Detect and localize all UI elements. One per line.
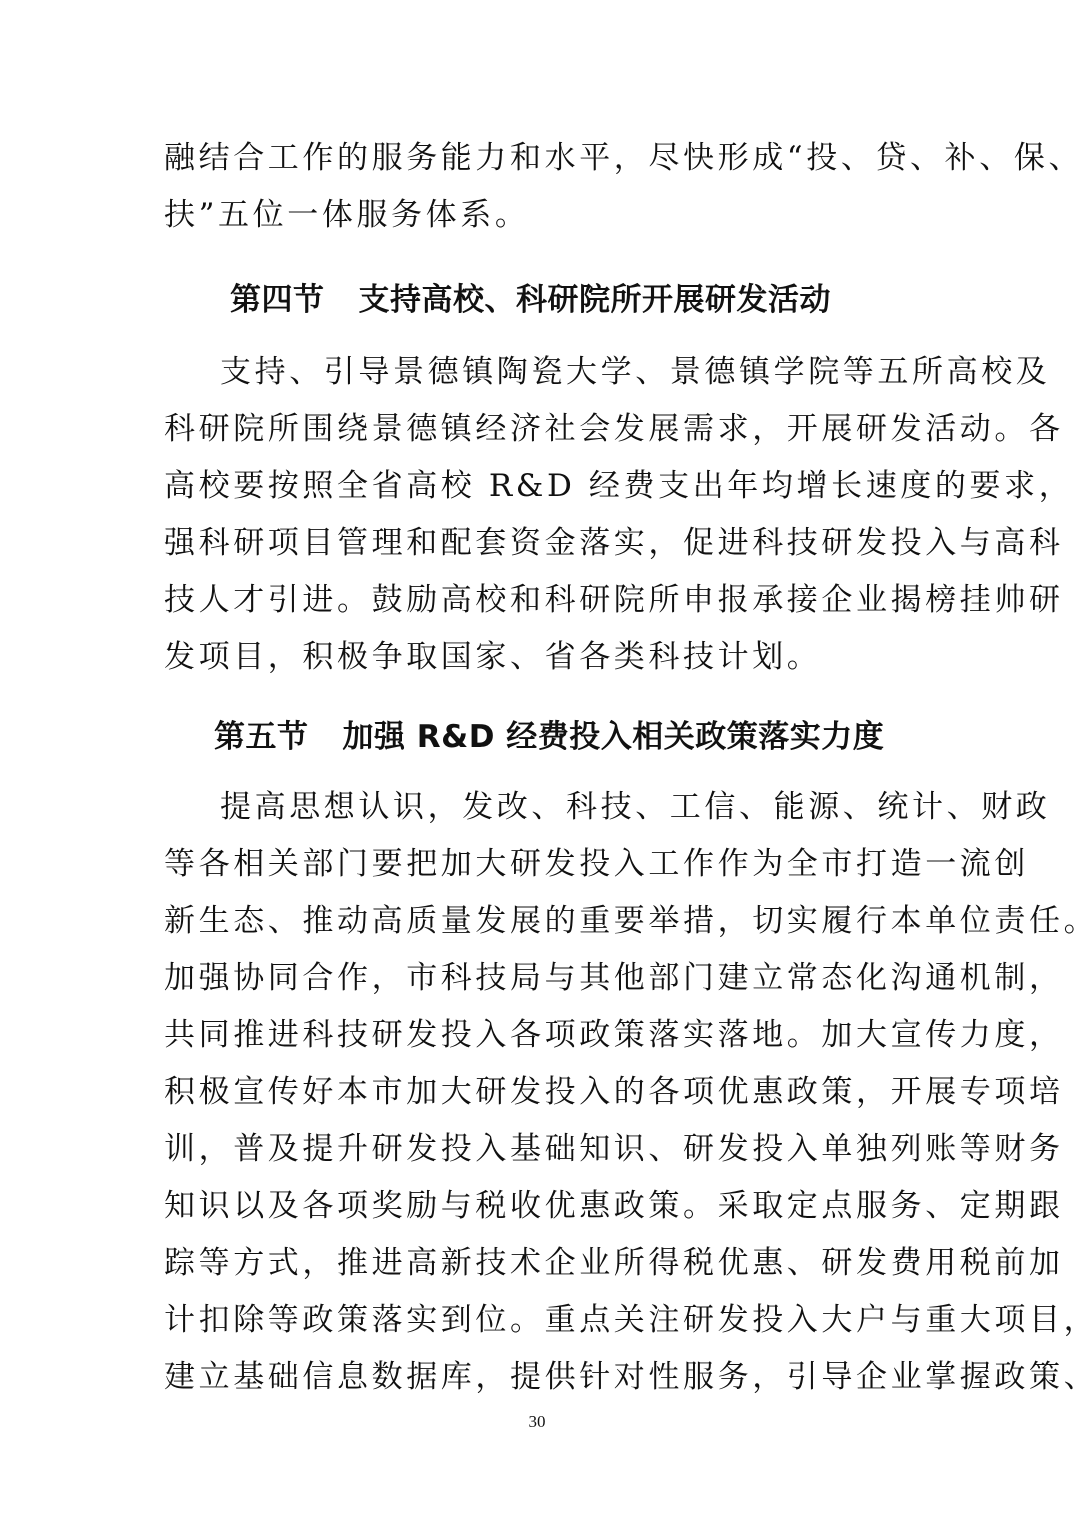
paragraph-line: 等各相关部门要把加大研发投入工作作为全市打造一流创 xyxy=(164,844,914,884)
document-page: 融结合工作的服务能力和水平，尽快形成“投、贷、补、保、 扶”五位一体服务体系。 … xyxy=(0,0,1074,1520)
paragraph-line: 扶”五位一体服务体系。 xyxy=(164,195,914,235)
section-5-number: 第五节 xyxy=(214,717,309,757)
paragraph-line: 共同推进科技研发投入各项政策落实落地。加大宣传力度， xyxy=(164,1015,914,1055)
paragraph-line: 融结合工作的服务能力和水平，尽快形成“投、贷、补、保、 xyxy=(164,138,914,178)
section-4-heading: 第四节支持高校、科研院所开展研发活动 xyxy=(230,280,831,320)
paragraph-line: 训，普及提升研发投入基础知识、研发投入单独列账等财务 xyxy=(164,1129,914,1169)
section-5-title: 加强 R&D 经费投入相关政策落实力度 xyxy=(343,719,885,755)
paragraph-line: 加强协同合作，市科技局与其他部门建立常态化沟通机制， xyxy=(164,958,914,998)
paragraph-line: 发项目，积极争取国家、省各类科技计划。 xyxy=(164,637,914,677)
paragraph-line: 强科研项目管理和配套资金落实，促进科技研发投入与高科 xyxy=(164,523,914,563)
page-number: 30 xyxy=(0,1412,1074,1432)
paragraph-line: 计扣除等政策落实到位。重点关注研发投入大户与重大项目， xyxy=(164,1300,914,1340)
section-5-heading: 第五节加强 R&D 经费投入相关政策落实力度 xyxy=(214,717,884,757)
paragraph-line: 提高思想认识，发改、科技、工信、能源、统计、财政 xyxy=(220,787,914,827)
section-4-title: 支持高校、科研院所开展研发活动 xyxy=(359,282,832,318)
paragraph-line: 高校要按照全省高校 R&D 经费支出年均增长速度的要求，加 xyxy=(164,466,914,506)
paragraph-line: 技人才引进。鼓励高校和科研院所申报承接企业揭榜挂帅研 xyxy=(164,580,914,620)
paragraph-line: 积极宣传好本市加大研发投入的各项优惠政策，开展专项培 xyxy=(164,1072,914,1112)
paragraph-line: 支持、引导景德镇陶瓷大学、景德镇学院等五所高校及 xyxy=(220,352,914,392)
paragraph-line: 知识以及各项奖励与税收优惠政策。采取定点服务、定期跟 xyxy=(164,1186,914,1226)
paragraph-line: 建立基础信息数据库，提供针对性服务，引导企业掌握政策、 xyxy=(164,1357,914,1397)
paragraph-line: 新生态、推动高质量发展的重要举措，切实履行本单位责任。 xyxy=(164,901,914,941)
paragraph-line: 踪等方式，推进高新技术企业所得税优惠、研发费用税前加 xyxy=(164,1243,914,1283)
paragraph-line: 科研院所围绕景德镇经济社会发展需求，开展研发活动。各 xyxy=(164,409,914,449)
section-4-number: 第四节 xyxy=(230,280,325,320)
